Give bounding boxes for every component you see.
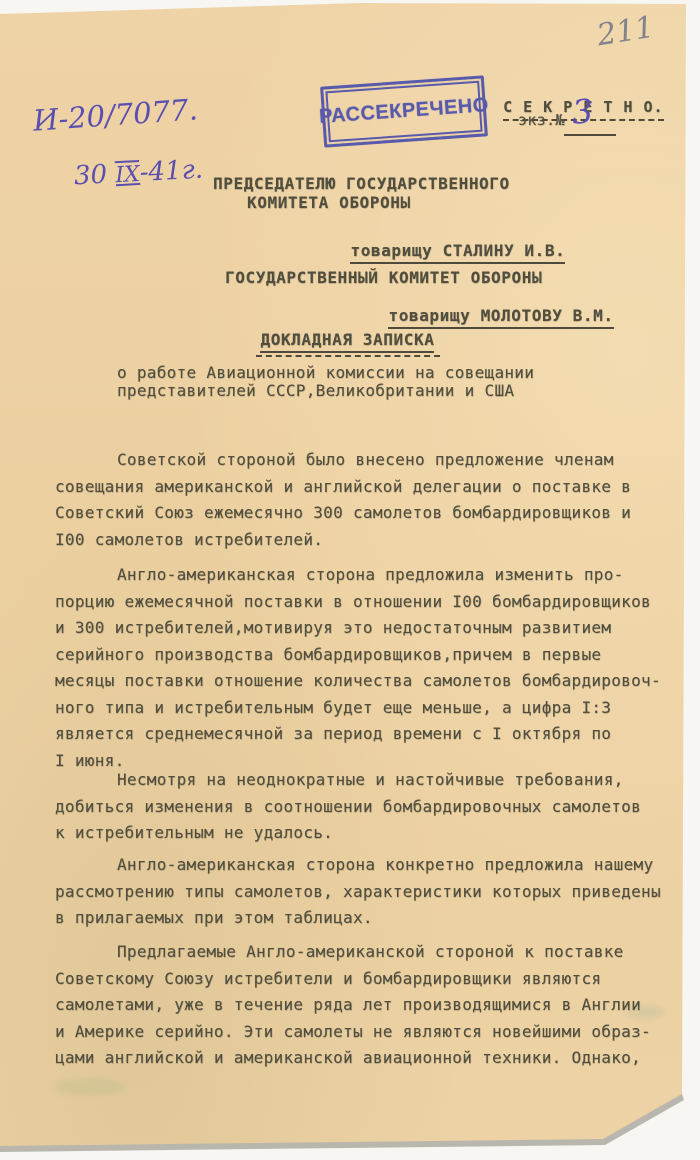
addressee-stalin-line: товарищу СТАЛИНУ И.В.: [330, 222, 565, 260]
declassified-stamp-text: РАССЕКРЕЧЕНО: [318, 94, 489, 129]
paper-stain: [55, 1078, 125, 1096]
body-paragraph-4: Англо-американская сторона конкретно пре…: [55, 852, 661, 932]
subject-line-1: о работе Авиационной комиссии на совещан…: [117, 363, 534, 382]
body-paragraph-3: Несмотря на неоднократные и настойчивые …: [55, 767, 641, 847]
copy-number-underline: [564, 134, 616, 136]
addressee-line-1: ПРЕДСЕДАТЕЛЮ ГОСУДАРСТВЕННОГО: [213, 174, 510, 193]
body-paragraph-5: Предлагаемые Англо-американской стороной…: [55, 939, 651, 1072]
declassified-stamp: РАССЕКРЕЧЕНО: [320, 75, 488, 147]
copy-number-label: экз.№: [518, 111, 565, 129]
state-defense-committee-line: ГОСУДАРСТВЕННЫЙ КОМИТЕТ ОБОРОНЫ: [225, 268, 542, 287]
body-paragraph-2: Англо-американская сторона предложила из…: [55, 562, 661, 774]
addressee-line-2: КОМИТЕТА ОБОРОНЫ: [247, 193, 411, 212]
document-title: ДОКЛАДНАЯ ЗАПИСКА: [240, 311, 434, 349]
copy-number-handwritten: 3: [571, 91, 595, 131]
subject-line-2: представителей СССР,Великобритании и США: [117, 381, 514, 400]
body-paragraph-1: Советской стороной было внесено предложе…: [55, 447, 631, 553]
